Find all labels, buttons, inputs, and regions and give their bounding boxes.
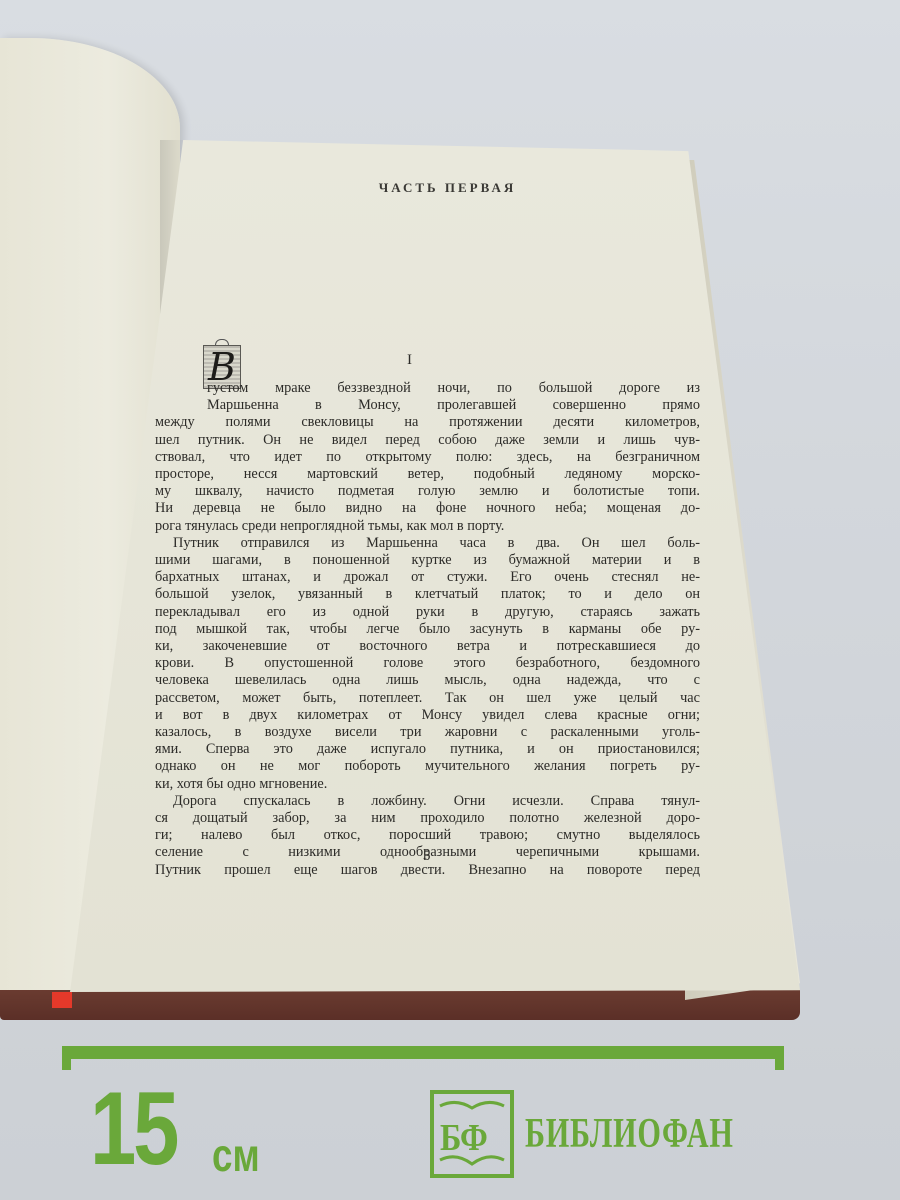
text-line: ствовал, что идет по открытому полю: зде… (155, 449, 700, 466)
text-line: большой узелок, увязанный в клетчатый пл… (155, 586, 700, 603)
text-line: Ни деревца не было видно на фоне ночного… (155, 500, 700, 517)
logo-letters: БФ (440, 1116, 487, 1160)
size-ruler-bar (62, 1046, 784, 1070)
text-line: ями. Сперва это даже испугало путника, и… (155, 741, 700, 758)
text-line: бархатных штанах, и дрожал от стужи. Его… (155, 569, 700, 586)
size-value: 15 (90, 1070, 176, 1189)
text-line: однако он не мог побороть мучительного ж… (155, 758, 700, 775)
chapter-number: I (407, 352, 412, 369)
body-text: густом мраке беззвездной ночи, по большо… (155, 380, 700, 879)
text-line: рассветом, может быть, потеплеет. Так он… (155, 690, 700, 707)
text-line: му шквалу, начисто подметая голую землю … (155, 483, 700, 500)
text-line: Путник отправился из Маршьенна часа в дв… (155, 535, 700, 552)
text-line: перекладывал его из одной руки в другую,… (155, 604, 700, 621)
text-line: крови. В опустошенной голове этого безра… (155, 655, 700, 672)
text-line: густом мраке беззвездной ночи, по большо… (155, 380, 700, 397)
text-line: под мышкой так, чтобы легче было засунут… (155, 621, 700, 638)
text-line: между полями свекловицы на протяжении де… (155, 414, 700, 431)
size-unit: см (212, 1128, 260, 1182)
text-line: и вот в двух километрах от Монсу увидел … (155, 707, 700, 724)
text-line: ки, хотя бы одно мгновение. (155, 776, 700, 793)
text-line: Маршьенна в Монсу, пролегавшей совершенн… (155, 397, 700, 414)
bookmark-ribbon (52, 992, 72, 1008)
text-line: просторе, несся мартовский ветер, подобн… (155, 466, 700, 483)
text-line: ги; налево был откос, поросший травою; с… (155, 827, 700, 844)
text-line: шел путник. Он не видел перед собою даже… (155, 432, 700, 449)
text-line: рога тянулась среди непроглядной тьмы, к… (155, 518, 700, 535)
text-line: ки, закоченевшие от восточного ветра и п… (155, 638, 700, 655)
text-line: ся дощатый забор, за ним проходило полот… (155, 810, 700, 827)
page-number: 5 (423, 848, 431, 865)
book-logo-icon: БФ (430, 1090, 514, 1178)
text-line: казалось, в воздухе висели три жаровни с… (155, 724, 700, 741)
part-title: ЧАСТЬ ПЕРВАЯ (195, 180, 700, 196)
page-content: ЧАСТЬ ПЕРВАЯ I В густом мраке беззвездно… (155, 180, 700, 196)
text-line: человека шевелилась одна лишь мысль, одн… (155, 672, 700, 689)
brand-name: БИБЛИОФАН (525, 1110, 734, 1158)
book-cover-edge (0, 990, 800, 1020)
text-line: Дорога спускалась в ложбину. Огни исчезл… (155, 793, 700, 810)
text-line: шими шагами, в поношенной куртке из бума… (155, 552, 700, 569)
